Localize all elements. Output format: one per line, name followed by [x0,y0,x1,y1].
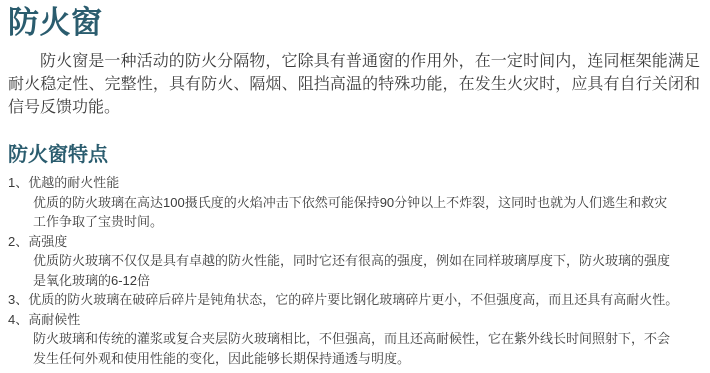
page-title: 防火窗 [8,3,702,43]
item-label: 2、高强度 [8,232,702,252]
item-label: 4、高耐候性 [8,310,702,330]
list-item: 1、优越的耐火性能 优质的防火玻璃在高达100摄氏度的火焰冲击下依然可能保持90… [8,173,702,232]
intro-paragraph: 防火窗是一种活动的防火分隔物，它除具有普通窗的作用外，在一定时间内，连同框架能满… [8,50,700,119]
item-detail: 优质防火玻璃不仅仅是具有卓越的防火性能，同时它还有很高的强度，例如在同样玻璃厚度… [33,251,673,290]
list-item: 4、高耐候性 防火玻璃和传统的灌浆或复合夹层防火玻璃相比，不但强高，而且还高耐候… [8,310,702,369]
item-label: 3、优质的防火玻璃在破碎后碎片是钝角状态，它的碎片要比钢化玻璃碎片更小，不但强度… [8,290,702,310]
list-item: 2、高强度 优质防火玻璃不仅仅是具有卓越的防火性能，同时它还有很高的强度，例如在… [8,232,702,291]
feature-list: 1、优越的耐火性能 优质的防火玻璃在高达100摄氏度的火焰冲击下依然可能保持90… [8,173,702,368]
item-detail: 防火玻璃和传统的灌浆或复合夹层防火玻璃相比，不但强高，而且还高耐候性，它在紫外线… [33,329,673,368]
item-label: 1、优越的耐火性能 [8,173,702,193]
section-title: 防火窗特点 [8,142,702,168]
article-page: 防火窗 防火窗是一种活动的防火分隔物，它除具有普通窗的作用外，在一定时间内，连同… [0,0,710,368]
item-detail: 优质的防火玻璃在高达100摄氏度的火焰冲击下依然可能保持90分钟以上不炸裂，这同… [33,193,673,232]
list-item: 3、优质的防火玻璃在破碎后碎片是钝角状态，它的碎片要比钢化玻璃碎片更小，不但强度… [8,290,702,310]
